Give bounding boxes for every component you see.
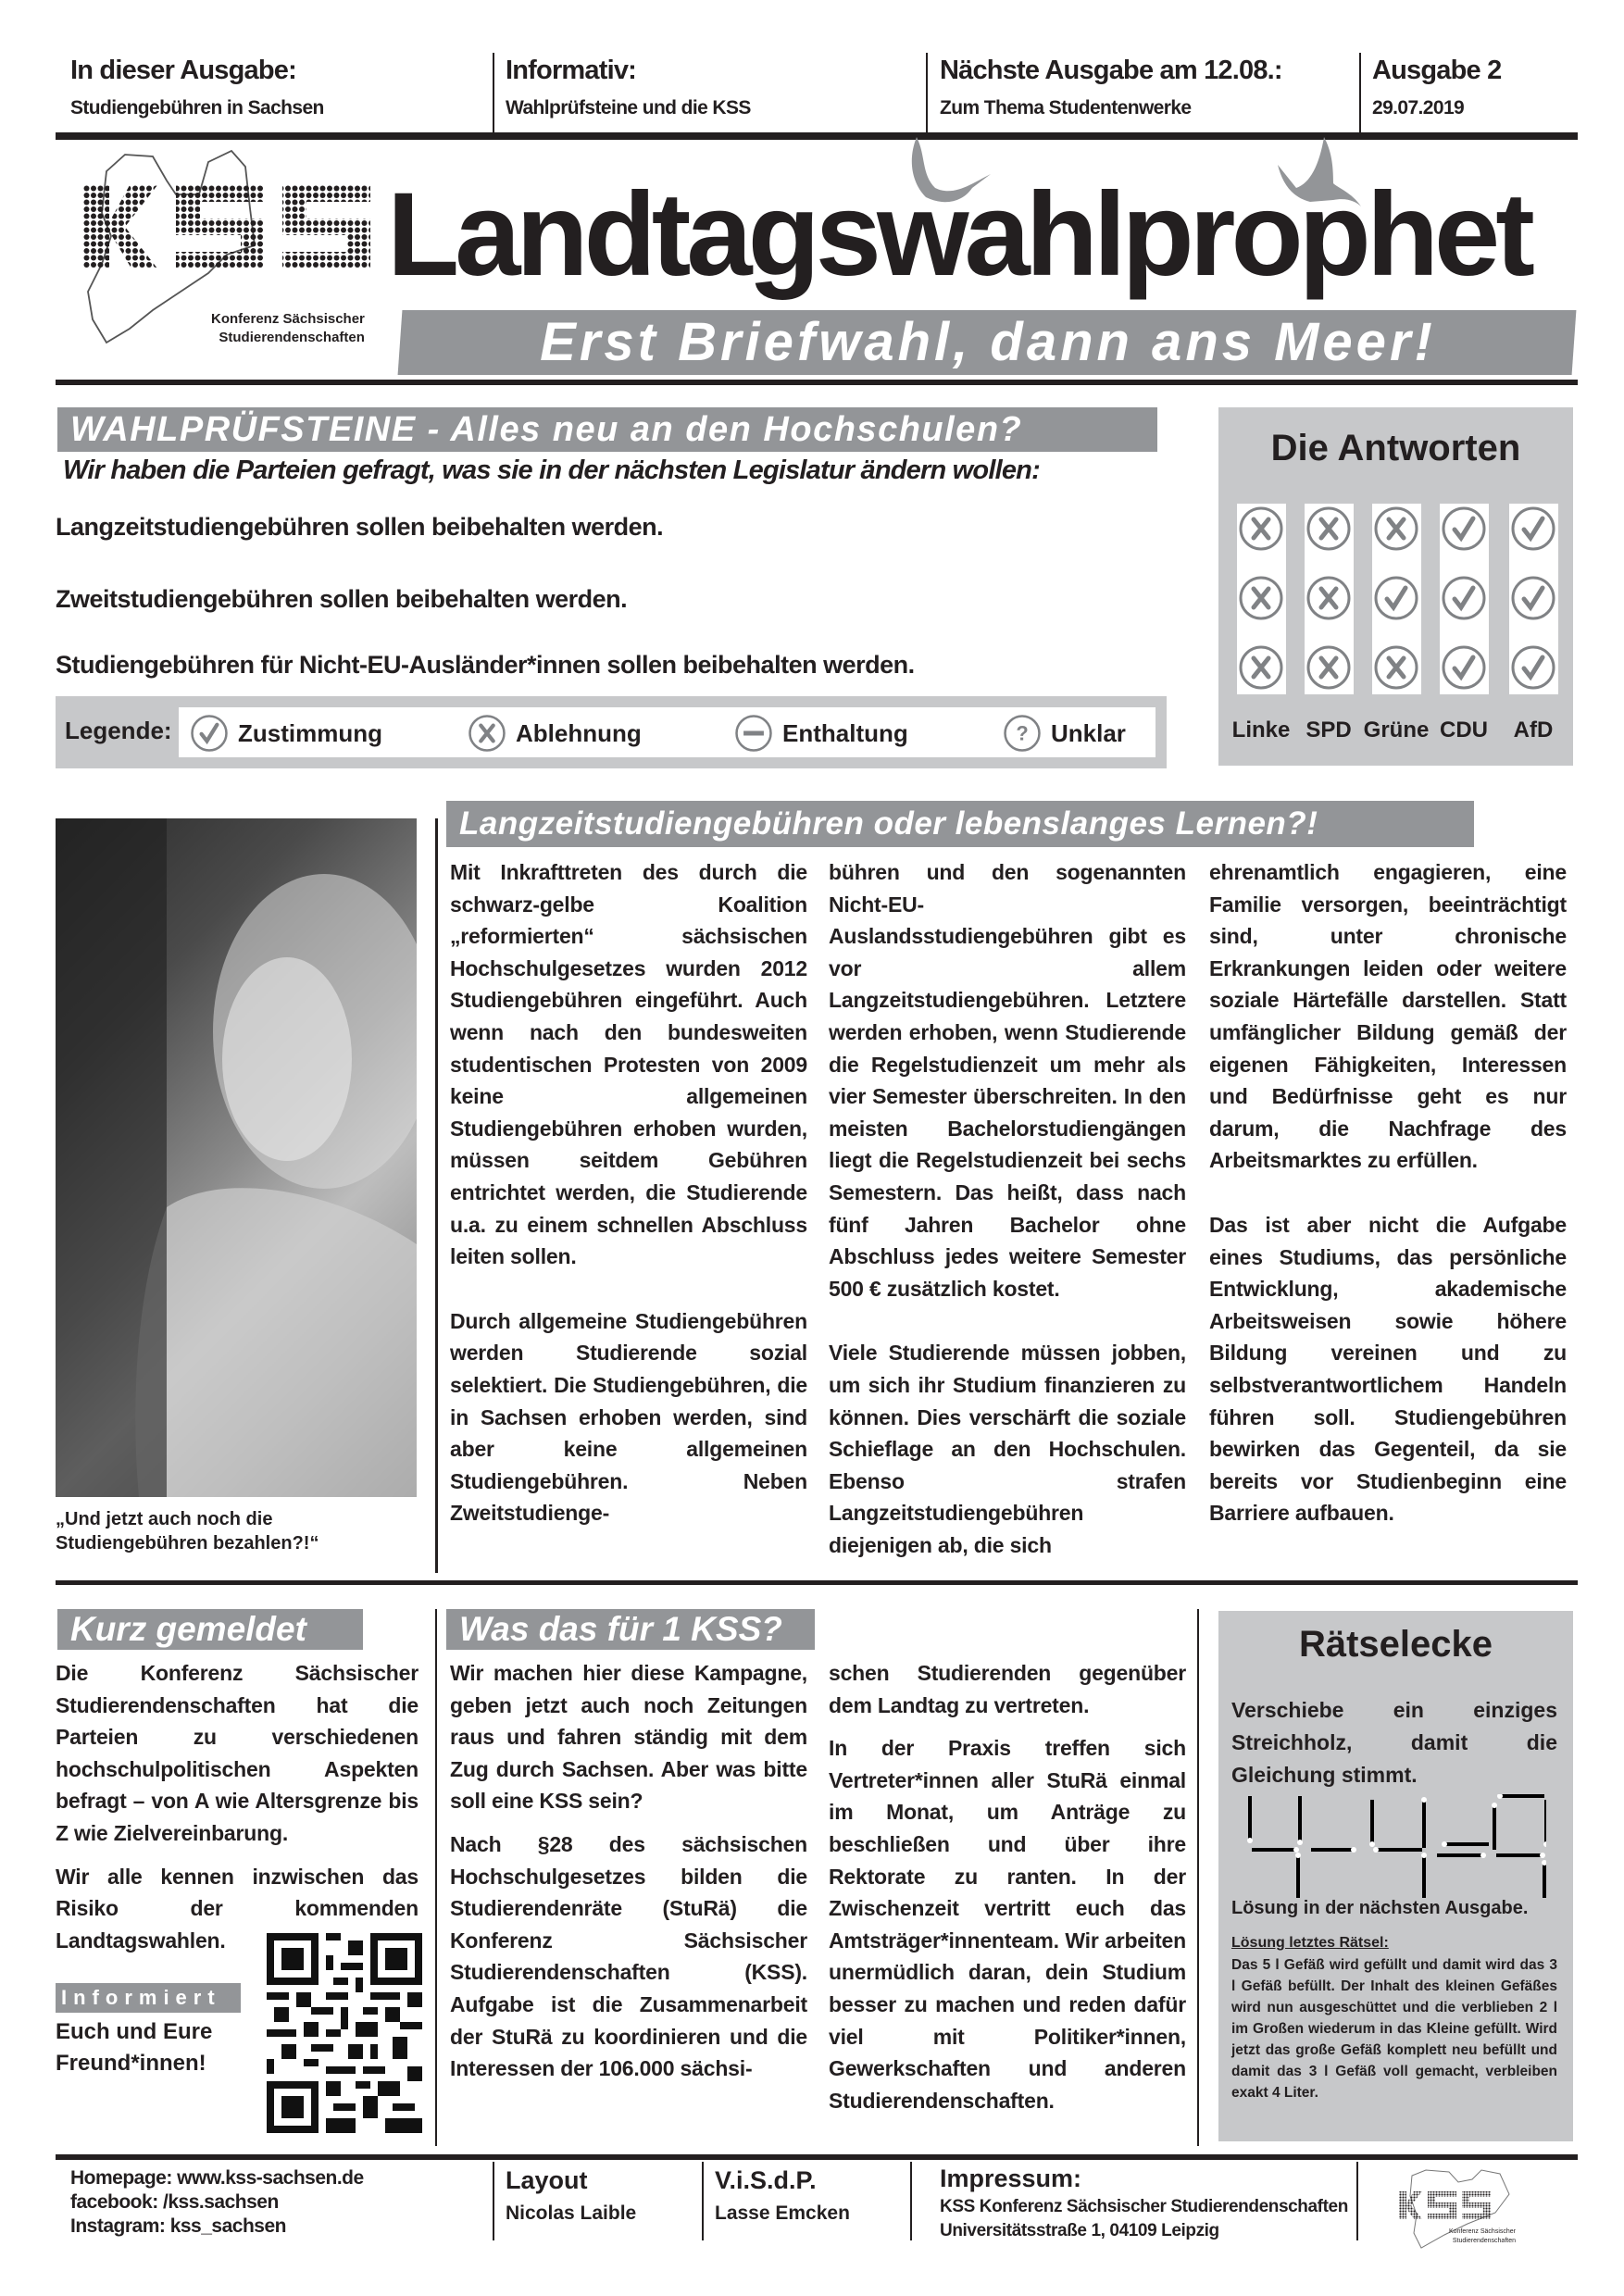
top-cell-next-issue: Nächste Ausgabe am 12.08.: Zum Thema Stu…	[940, 56, 1282, 119]
party-label: Grüne	[1363, 717, 1430, 743]
divider	[435, 1609, 437, 2146]
party-label: CDU	[1430, 717, 1497, 743]
newspaper-subtitle: Erst Briefwahl, dann ans Meer!	[418, 309, 1557, 376]
divider	[493, 53, 494, 132]
answers-title: Die Antworten	[1218, 428, 1573, 469]
party-answer-column	[1305, 504, 1354, 694]
last-solution-heading: Lösung letztes Rätsel:	[1231, 1935, 1389, 1952]
facebook-link[interactable]: facebook: /kss.sachsen	[70, 2190, 364, 2215]
x-circle-icon	[1238, 505, 1284, 552]
puzzle-title: Rätselecke	[1218, 1624, 1573, 1666]
question: Langzeitstudiengebühren sollen beibehalt…	[56, 513, 663, 542]
informiert-label: Informiert	[56, 1983, 241, 2013]
top-cell-sub: Wahlprüfsteine und die KSS	[506, 97, 751, 119]
org-name: Konferenz Sächsischer Studierendenschaft…	[211, 310, 365, 347]
puzzle-next-solution: Lösung in der nächsten Ausgabe.	[1231, 1898, 1528, 1919]
top-cell-heading: Ausgabe 2	[1372, 56, 1501, 86]
matchstick-equation-icon	[1231, 1794, 1546, 1898]
top-cell-issue-number: Ausgabe 2 29.07.2019	[1372, 56, 1501, 119]
newspaper-title: Landtagswahlprophet	[387, 176, 1530, 294]
qr-code-icon[interactable]	[267, 1933, 422, 2133]
kss-footer-logo-icon: Konferenz Sächsischer Studierendenschaft…	[1393, 2168, 1523, 2252]
masthead-rule	[56, 380, 1578, 385]
top-cell-sub: 29.07.2019	[1372, 97, 1501, 119]
divider	[1359, 53, 1361, 132]
check-circle-icon	[1441, 644, 1487, 691]
divider	[1197, 1609, 1199, 2146]
kss-dot-logo-icon	[83, 185, 370, 268]
x-circle-icon	[1373, 505, 1419, 552]
puzzle-panel: Rätselecke Verschiebe ein einziges Strei…	[1218, 1611, 1573, 2141]
minus-circle-icon	[734, 714, 773, 753]
social-links: Homepage: www.kss-sachsen.de facebook: /…	[70, 2166, 364, 2239]
check-circle-icon	[1441, 575, 1487, 621]
divider	[910, 2162, 912, 2240]
x-circle-icon	[1373, 644, 1419, 691]
party-answer-column	[1509, 504, 1558, 694]
divider	[435, 818, 438, 1573]
x-circle-icon	[1305, 575, 1352, 621]
top-cell-heading: Informativ:	[506, 56, 751, 86]
top-cell-heading: In dieser Ausgabe:	[70, 56, 324, 86]
informiert-text: Euch und Eure Freund*innen!	[56, 2016, 212, 2079]
x-circle-icon	[1305, 644, 1352, 691]
svg-text:?: ?	[1016, 722, 1028, 745]
section-heading: Was das für 1 KSS?	[446, 1609, 815, 1650]
check-circle-icon	[190, 714, 229, 753]
party-label: AfD	[1500, 717, 1567, 743]
kss-column-2: schen Studierenden gegenüber dem Landtag…	[829, 1657, 1186, 2116]
party-answer-column	[1440, 504, 1489, 694]
article-column-2: bühren und den sogenannten Nicht-EU-Ausl…	[829, 856, 1186, 1561]
answers-panel: Die Antworten	[1218, 407, 1573, 766]
homepage-link[interactable]: Homepage: www.kss-sachsen.de	[70, 2166, 364, 2190]
x-circle-icon	[1305, 505, 1352, 552]
legend-item: Enthaltung	[734, 714, 908, 753]
party-answer-column	[1237, 504, 1286, 694]
legend: Legende: Zustimmung Ablehnung Enthaltung…	[56, 696, 1167, 768]
party-answer-column	[1372, 504, 1421, 694]
top-cell-sub: Zum Thema Studentenwerke	[940, 97, 1282, 119]
section-heading: Kurz gemeldet	[57, 1609, 363, 1650]
last-solution-text: Das 5 l Gefäß wird gefüllt und damit wir…	[1231, 1954, 1557, 2103]
photo-caption: „Und jetzt auch noch die Studiengebühren…	[56, 1507, 426, 1555]
layout-credit: Layout Nicolas Laible	[506, 2166, 636, 2225]
article-photo	[56, 818, 417, 1497]
footer-rule	[56, 2154, 1578, 2160]
svg-text:Studierendenschaften: Studierendenschaften	[1453, 2238, 1516, 2244]
top-cell-heading: Nächste Ausgabe am 12.08.:	[940, 56, 1282, 86]
impressum: Impressum: KSS Konferenz Sächsischer Stu…	[940, 2165, 1348, 2241]
legend-item: Ablehnung	[468, 714, 642, 753]
article-column-3: ehrenamtlich engagieren, eine Familie ve…	[1209, 856, 1567, 1529]
divider	[702, 2162, 704, 2240]
top-cell-issue-content: In dieser Ausgabe: Studiengebühren in Sa…	[70, 56, 324, 119]
svg-text:Konferenz Sächsischer: Konferenz Sächsischer	[1449, 2228, 1517, 2235]
question: Zweitstudiengebühren sollen beibehalten …	[56, 585, 627, 614]
question-circle-icon: ?	[1003, 714, 1042, 753]
top-cell-informativ: Informativ: Wahlprüfsteine und die KSS	[506, 56, 751, 119]
check-circle-icon	[1373, 575, 1419, 621]
check-circle-icon	[1510, 575, 1556, 621]
puzzle-text: Verschiebe ein einziges Streichholz, dam…	[1231, 1694, 1557, 1791]
instagram-link[interactable]: Instagram: kss_sachsen	[70, 2215, 364, 2239]
x-circle-icon	[468, 714, 506, 753]
top-cell-sub: Studiengebühren in Sachsen	[70, 97, 324, 119]
kss-column-1: Wir machen hier diese Kampagne, geben je…	[450, 1657, 807, 2085]
check-circle-icon	[1441, 505, 1487, 552]
x-circle-icon	[1238, 575, 1284, 621]
party-label: SPD	[1295, 717, 1362, 743]
legend-item: Zustimmung	[190, 714, 382, 753]
check-circle-icon	[1510, 644, 1556, 691]
student-photo-icon	[56, 818, 417, 1497]
article-column-1: Mit Inkrafttreten des durch die schwarz-…	[450, 856, 807, 1529]
visdp-credit: V.i.S.d.P. Lasse Emcken	[715, 2166, 850, 2225]
kurz-text: Die Konferenz Sächsischer Studierendensc…	[56, 1657, 418, 1956]
divider	[926, 53, 928, 132]
question: Studiengebühren für Nicht-EU-Ausländer*i…	[56, 651, 915, 680]
divider	[493, 2162, 494, 2240]
x-circle-icon	[1238, 644, 1284, 691]
section-heading: WAHLPRÜFSTEINE - Alles neu an den Hochsc…	[57, 407, 1157, 452]
divider	[1356, 2162, 1358, 2240]
legend-label: Legende:	[65, 717, 172, 745]
party-label: Linke	[1228, 717, 1294, 743]
legend-item: ? Unklar	[1003, 714, 1126, 753]
section-rule	[56, 1580, 1578, 1585]
section-subheading: Wir haben die Parteien gefragt, was sie …	[63, 455, 1040, 486]
check-circle-icon	[1510, 505, 1556, 552]
article-heading: Langzeitstudiengebühren oder lebenslange…	[446, 801, 1474, 847]
